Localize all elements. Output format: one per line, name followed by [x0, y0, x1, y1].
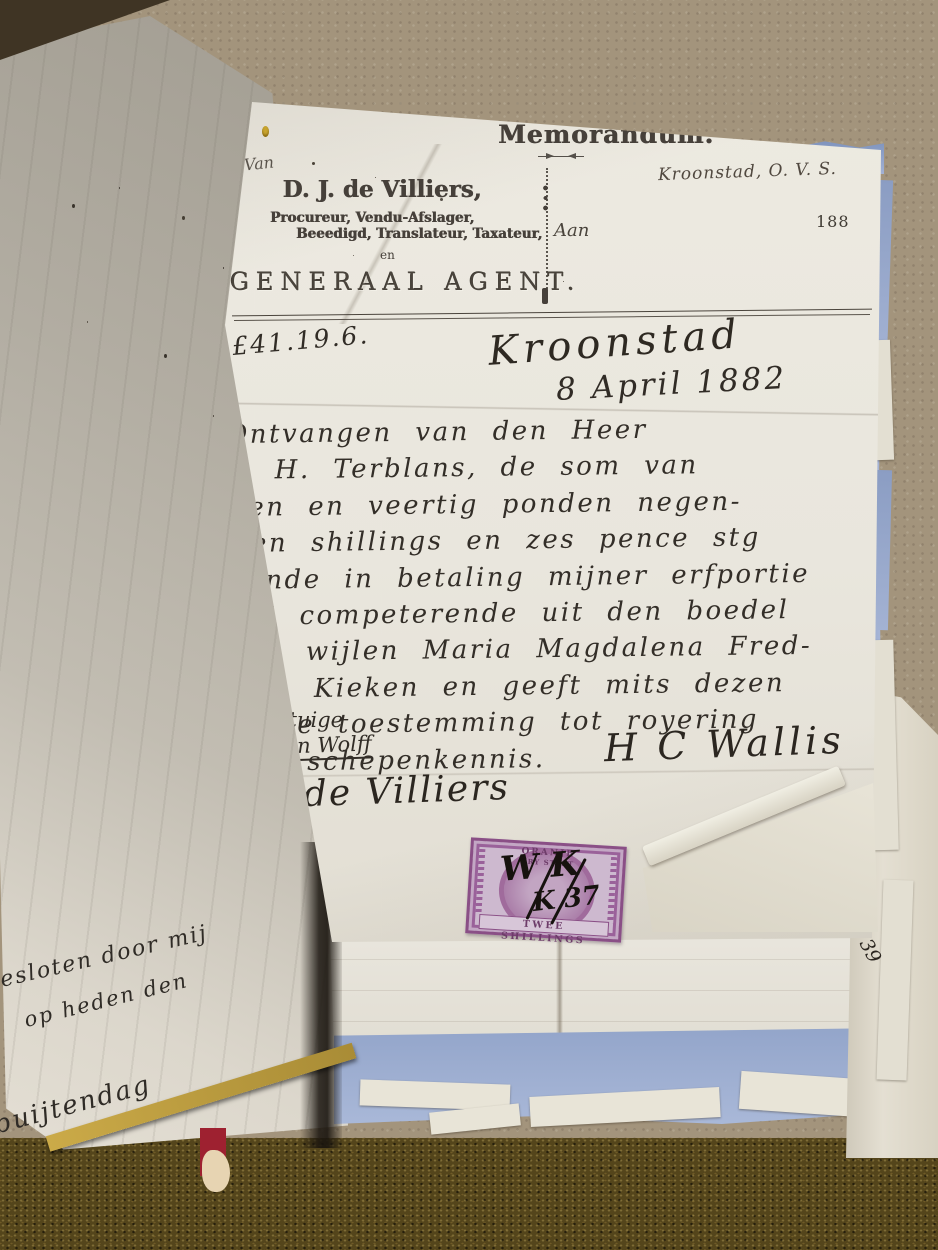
ink-specks	[312, 162, 315, 165]
letterhead-agent-line: GENERAAL AGENT.	[230, 268, 582, 296]
ink-specks	[72, 204, 75, 208]
aan-label: Aan	[554, 220, 589, 241]
floor-carpet	[0, 1138, 938, 1250]
stamp-cancellation-initials: W K	[499, 844, 581, 890]
memo-title: Memorandum.	[498, 120, 714, 149]
stamp-value-text: TWEE SHILLINGS	[478, 914, 609, 937]
title-divider-ornament	[538, 156, 584, 157]
letterhead-role-2: Beeedigd, Translateur, Taxateur,	[296, 226, 542, 242]
van-label: Van	[243, 152, 275, 174]
revenue-stamp: ORANJE VRY STAAT TWEE SHILLINGS W K K 37	[465, 837, 627, 942]
payee-signature: H C Wallis	[603, 718, 845, 770]
year-stub: 188	[816, 212, 850, 231]
wax-speck	[262, 126, 269, 137]
letterhead-role-1: Procureur, Vendu-Afslager,	[270, 210, 474, 226]
amount-handwritten: £41.19.6.	[231, 320, 370, 361]
letterhead-conjunction: en	[380, 248, 395, 262]
letterhead-place: Kroonstad, O. V. S.	[658, 159, 838, 185]
spine-paper-blob	[202, 1150, 230, 1192]
divider-ornament-dots	[543, 184, 548, 218]
photo-scene: gesloten door mij op heden den buijtenda…	[0, 0, 938, 1250]
letterhead-name: D. J. de Villiers,	[262, 176, 502, 203]
